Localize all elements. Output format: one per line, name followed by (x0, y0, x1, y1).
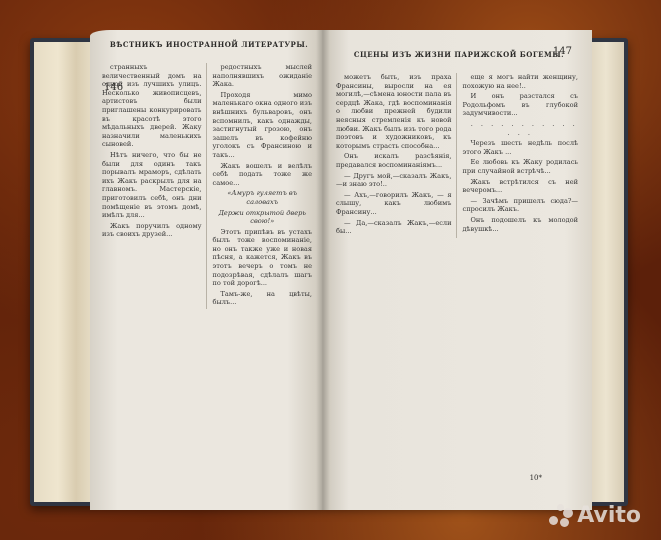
paragraph: Жакъ поручилъ одному изъ своихъ друзей..… (102, 222, 202, 239)
text-column: странныхъ величественный домъ на одной и… (102, 63, 207, 309)
page-number-left: 146 (104, 82, 123, 93)
paragraph: — Да,—сказалъ Жакъ,—если бы... (336, 219, 452, 236)
paragraph: И онъ разстался съ Родольфомъ въ глубоко… (463, 92, 579, 118)
paragraph: Проходя мимо маленькаго окна одного изъ … (213, 91, 313, 160)
paragraph: Онъ искалъ разсѣянія, предавался воспоми… (336, 152, 452, 169)
verse-line: «Амуръ гуляетъ въ саловахъ (213, 189, 313, 206)
text-column: редостныхъ мыслей наполнявшихъ ожиданіе … (213, 63, 317, 309)
text-column: еще я могъ найти женщину, похожую на нее… (463, 73, 583, 238)
paragraph: Ее любовь къ Жаку родилась при случайной… (463, 158, 579, 175)
paragraph: Нѣтъ ничего, что бы не были для одинъ та… (102, 151, 202, 220)
avito-wordmark: Avito (577, 503, 641, 528)
avito-watermark: Avito (549, 503, 641, 528)
paragraph: — Ахъ,—говорилъ Жакъ, — я слышу, какъ лю… (336, 191, 452, 217)
paragraph: Жакъ встрѣтился съ ней вечеромъ... (463, 178, 579, 195)
verse-line: Держи открытой дверь свою!» (213, 209, 313, 226)
paragraph: Жакъ вошелъ и велѣлъ себѣ подать тоже же… (213, 162, 313, 188)
paragraph: редостныхъ мыслей наполнявшихъ ожиданіе … (213, 63, 313, 89)
paragraph: странныхъ величественный домъ на одной и… (102, 63, 202, 149)
paragraph: еще я могъ найти женщину, похожую на нее… (463, 73, 579, 90)
running-head-right: СЦЕНЫ ИЗЪ ЖИЗНИ ПАРИЖСКОЙ БОГЕМЫ. (336, 50, 582, 59)
signature-mark: 10* (530, 474, 542, 482)
right-page-columns: можетъ быть, изъ праха Франсины, выросли… (336, 73, 582, 238)
left-page-columns: странныхъ величественный домъ на одной и… (102, 63, 316, 309)
page-number-right: 147 (553, 46, 572, 57)
page-edges-left (34, 42, 94, 502)
page-edges-right (588, 42, 624, 502)
book-gutter-shadow (316, 30, 330, 510)
paragraph: — Другъ мой,—сказалъ Жакъ,—и знаю это!.. (336, 172, 452, 189)
running-head-left: ВѢСТНИКЪ ИНОСТРАННОЙ ЛИТЕРАТУРЫ. (102, 40, 316, 49)
paragraph: — Зачѣмъ пришелъ сюда?—спросилъ Жакъ. (463, 197, 579, 214)
paragraph: Тамъ-же, на цвѣты, былъ... (213, 290, 313, 307)
paragraph: Черезъ шесть недѣль послѣ этого Жакъ ... (463, 139, 579, 156)
paragraph: Онъ подошелъ къ молодой дѣвушкѣ... (463, 216, 579, 233)
right-page: СЦЕНЫ ИЗЪ ЖИЗНИ ПАРИЖСКОЙ БОГЕМЫ. 147 мо… (322, 30, 592, 510)
section-divider: . . . . . . . . . . . . . . (463, 120, 579, 137)
avito-logo-icon (549, 504, 573, 528)
paragraph: можетъ быть, изъ праха Франсины, выросли… (336, 73, 452, 150)
paragraph: Этотъ припѣвъ въ устахъ былъ тоже воспом… (213, 228, 313, 288)
text-column: можетъ быть, изъ праха Франсины, выросли… (336, 73, 457, 238)
left-page: ВѢСТНИКЪ ИНОСТРАННОЙ ЛИТЕРАТУРЫ. 146 стр… (90, 30, 322, 510)
